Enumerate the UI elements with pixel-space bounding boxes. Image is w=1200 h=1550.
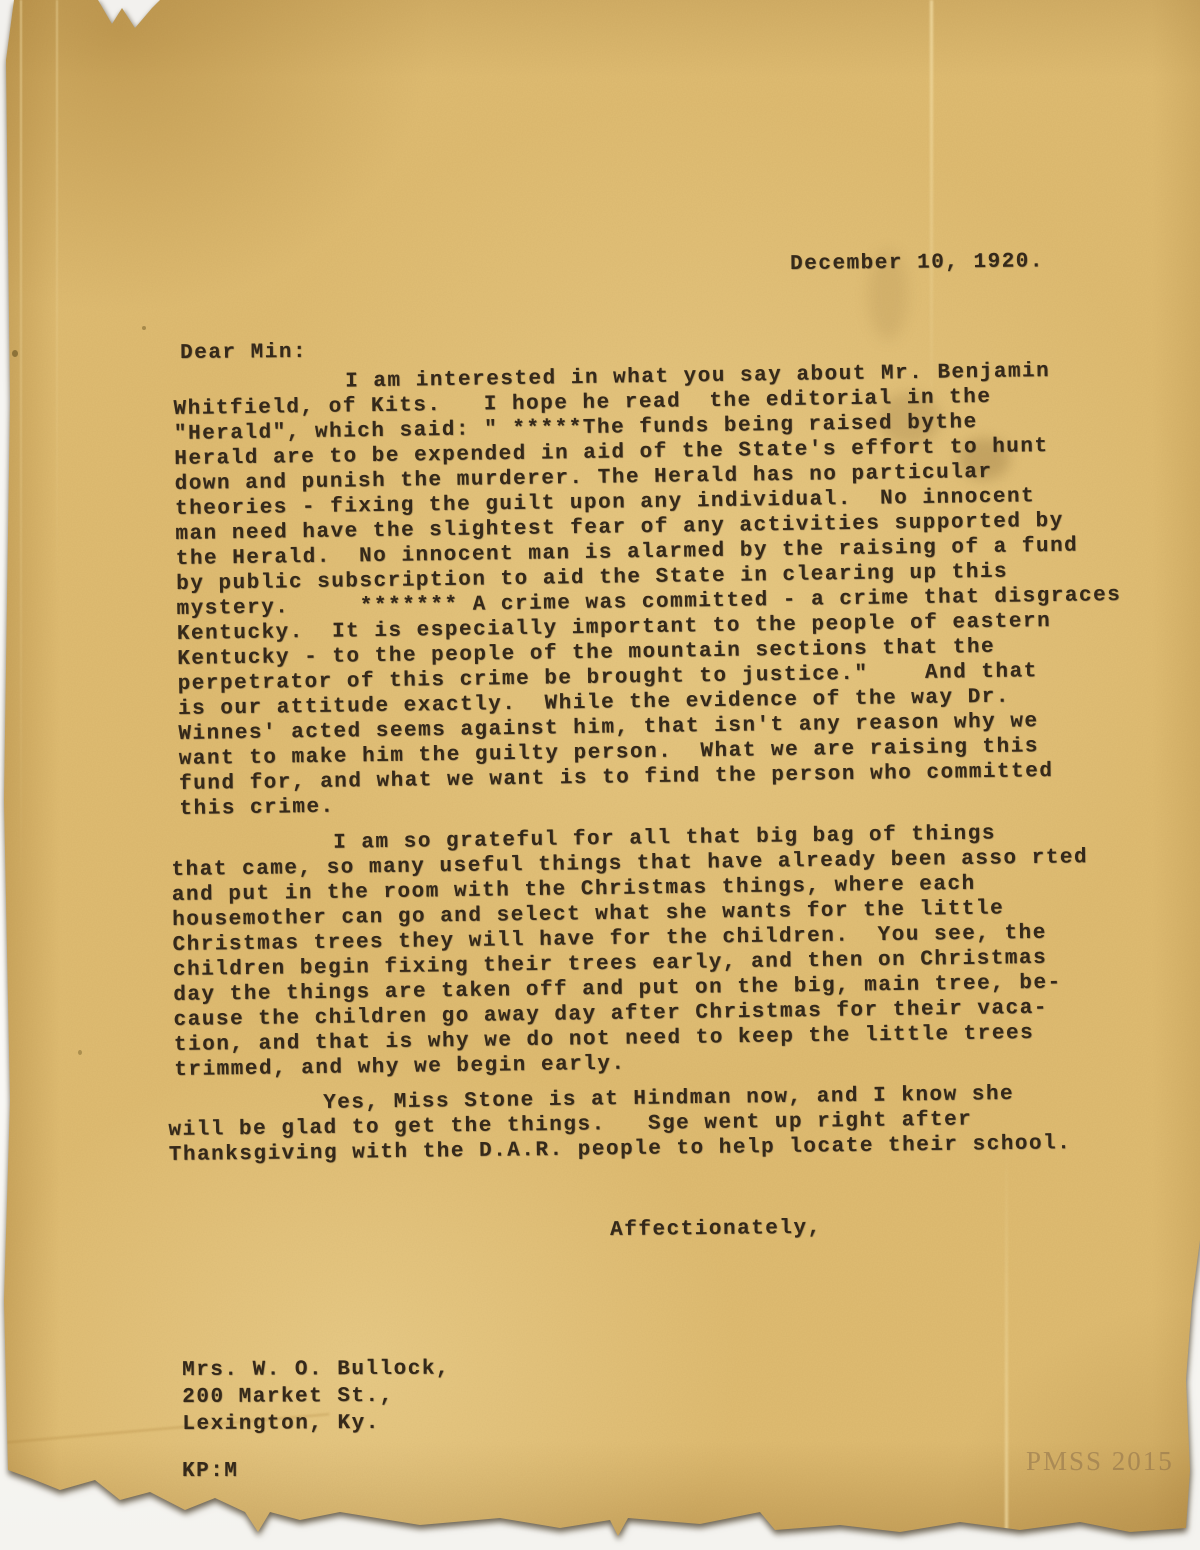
- scan-background: December 10, 1920. Dear Min: I am intere…: [0, 0, 1200, 1550]
- letter-line: Lexington, Ky.: [182, 1410, 450, 1438]
- paragraph-3: Yes, Miss Stone is at Hindman now, and I…: [168, 1080, 1159, 1168]
- paper-speck: [12, 350, 18, 357]
- archive-watermark: PMSS 2015: [1026, 1446, 1174, 1477]
- paragraph-1: I am interested in what you say about Mr…: [173, 357, 1170, 822]
- letter-date: December 10, 1920.: [790, 249, 1044, 277]
- letter-paper: December 10, 1920. Dear Min: I am intere…: [0, 0, 1200, 1550]
- closing: Affectionately,: [610, 1216, 822, 1243]
- fold-crease: [20, 0, 22, 920]
- paper-speck: [78, 1050, 82, 1055]
- paper-shadow: December 10, 1920. Dear Min: I am intere…: [0, 0, 1200, 1550]
- fold-crease: [1005, 1140, 1008, 1540]
- letter-line: 200 Market St.,: [182, 1383, 450, 1411]
- paper-speck: [142, 326, 146, 330]
- recipient-address: Mrs. W. O. Bullock,200 Market St.,Lexing…: [182, 1356, 450, 1438]
- salutation: Dear Min:: [180, 340, 307, 366]
- fold-crease: [56, 0, 58, 620]
- paragraph-2: I am so grateful for all that big bag of…: [171, 819, 1164, 1083]
- letter-line: Mrs. W. O. Bullock,: [182, 1356, 450, 1384]
- typist-initials: KP:M: [182, 1459, 238, 1484]
